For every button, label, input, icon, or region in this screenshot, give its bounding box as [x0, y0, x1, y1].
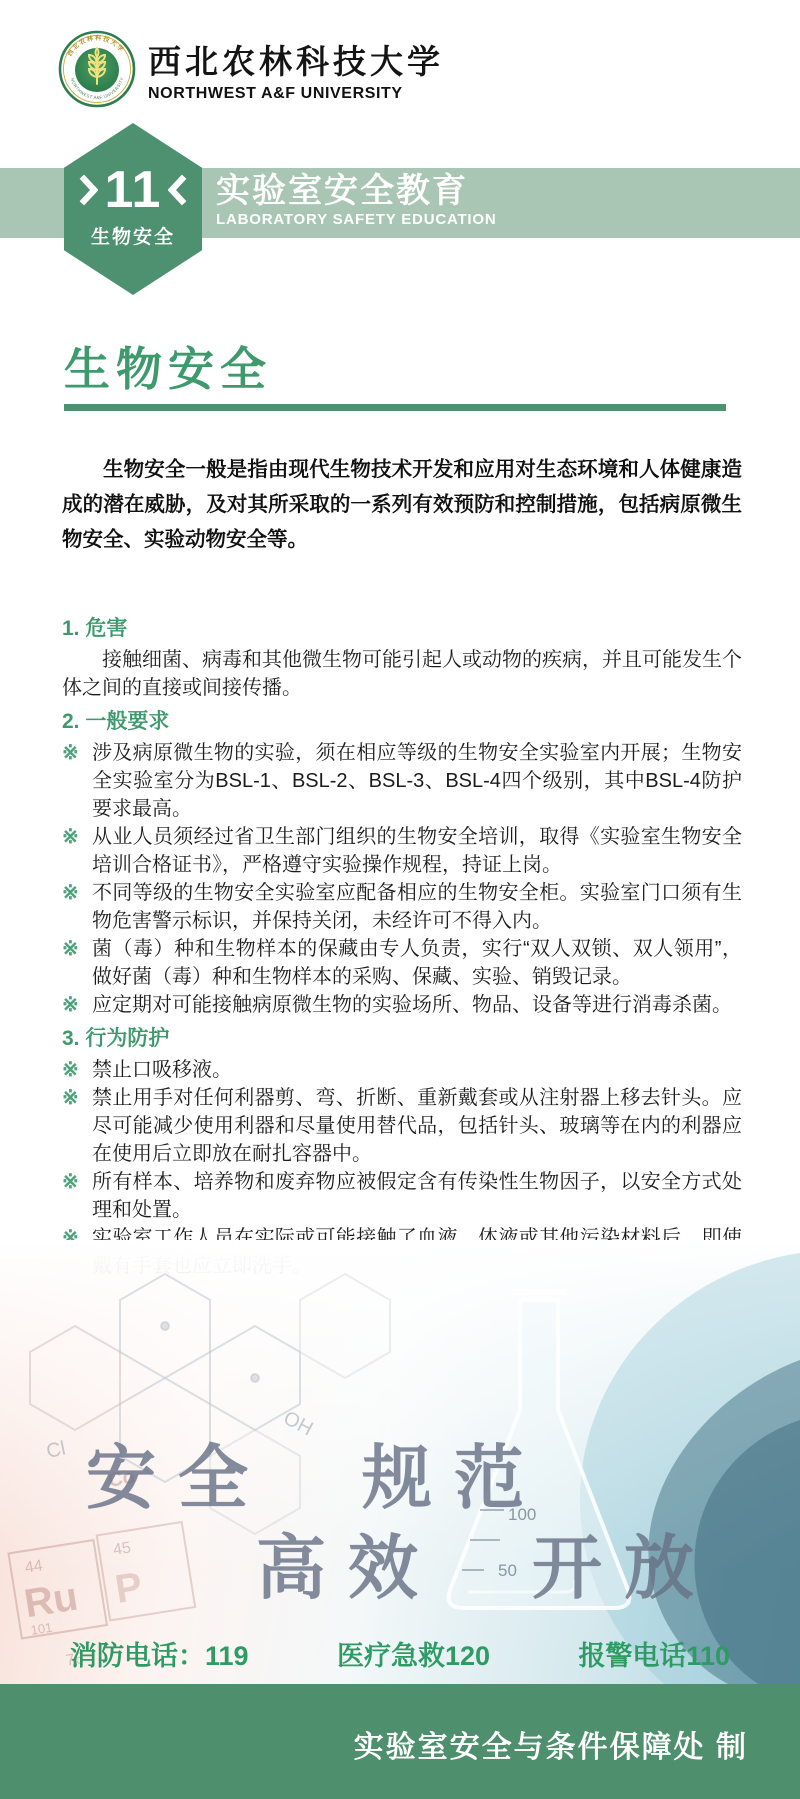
bullet-marker-icon: ※: [62, 823, 92, 879]
svg-text:P: P: [112, 1564, 145, 1612]
sections-container: 1. 危害接触细菌、病毒和其他微生物可能引起人或动物的疾病，并且可能发生个体之间…: [62, 615, 742, 1280]
content-area: 生物安全一般是指由现代生物技术开发和应用对生态环境和人体健康造成的潜在威胁，及对…: [62, 452, 742, 1280]
bullet-text: 所有样本、培养物和废弃物应被假定含有传染性生物因子，以安全方式处理和处置。: [92, 1168, 742, 1224]
bullet-marker-icon: ※: [62, 935, 92, 991]
svg-text:101: 101: [30, 1620, 54, 1638]
bullet-text: 不同等级的生物安全实验室应配备相应的生物安全柜。实验室门口须有生物危害警示标识，…: [92, 879, 742, 935]
bullet-marker-icon: ※: [62, 1168, 92, 1224]
bullet-text: 菌（毒）种和生物样本的保藏由专人负责，实行“双人双锁、双人领用”，做好菌（毒）种…: [92, 935, 742, 991]
section-heading: 2. 一般要求: [62, 708, 742, 736]
watermark-efficient-open: 高效 开放: [256, 1512, 716, 1613]
footer-bar: 实验室安全与条件保障处 制: [0, 1684, 800, 1799]
section-heading: 1. 危害: [62, 615, 742, 643]
svg-text:44: 44: [24, 1557, 44, 1577]
police-phone: 报警电话110: [578, 1634, 730, 1673]
chapter-label: 生物安全: [91, 222, 175, 249]
chapter-number: 11: [105, 164, 162, 216]
bullet-text: 涉及病原微生物的实验，须在相应等级的生物安全实验室内开展；生物安全实验室分为BS…: [92, 739, 742, 823]
bullet-item: ※应定期对可能接触病原微生物的实验场所、物品、设备等进行消毒杀菌。: [62, 991, 742, 1019]
banner-title-cn: 实验室安全教育: [216, 173, 497, 209]
bullet-item: ※禁止用手对任何利器剪、弯、折断、重新戴套或从注射器上移去针头。应尽可能减少使用…: [62, 1084, 742, 1168]
bullet-text: 禁止用手对任何利器剪、弯、折断、重新戴套或从注射器上移去针头。应尽可能减少使用利…: [92, 1084, 742, 1168]
emergency-phones: 消防电话：119 医疗急救120 报警电话110: [70, 1634, 730, 1673]
university-seal-icon: 西北农林科技大学 NORTHWEST A&F UNIVERSITY: [58, 30, 136, 108]
svg-text:Ru: Ru: [21, 1575, 81, 1627]
banner-title-en: LABORATORY SAFETY EDUCATION: [216, 211, 497, 229]
chevron-right-icon: [79, 172, 98, 208]
intro-paragraph: 生物安全一般是指由现代生物技术开发和应用对生态环境和人体健康造成的潜在威胁，及对…: [62, 452, 742, 557]
bullet-item: ※涉及病原微生物的实验，须在相应等级的生物安全实验室内开展；生物安全实验室分为B…: [62, 739, 742, 823]
svg-text:Cl: Cl: [44, 1437, 67, 1462]
section-paragraph: 接触细菌、病毒和其他微生物可能引起人或动物的疾病，并且可能发生个体之间的直接或间…: [62, 646, 742, 702]
university-name-en: NORTHWEST A&F UNIVERSITY: [148, 85, 444, 103]
bullet-text: 从业人员须经过省卫生部门组织的生物安全培训，取得《实验室生物安全培训合格证书》，…: [92, 823, 742, 879]
bullet-text: 禁止口吸移液。: [92, 1056, 742, 1084]
university-name-cn: 西北农林科技大学: [148, 36, 444, 83]
chevron-left-icon: [168, 172, 187, 208]
title-underline: [64, 404, 726, 411]
bullet-item: ※禁止口吸移液。: [62, 1056, 742, 1084]
university-logo: 西北农林科技大学 NORTHWEST A&F UNIVERSITY 西北农林科技…: [58, 30, 444, 108]
chapter-badge: 11 生物安全: [64, 123, 202, 295]
bullet-item: ※不同等级的生物安全实验室应配备相应的生物安全柜。实验室门口须有生物危害警示标识…: [62, 879, 742, 935]
watermark-safety-standard: 安全 规范: [86, 1422, 546, 1523]
bullet-marker-icon: ※: [62, 879, 92, 935]
bullet-item: ※所有样本、培养物和废弃物应被假定含有传染性生物因子，以安全方式处理和处置。: [62, 1168, 742, 1224]
bullet-item: ※菌（毒）种和生物样本的保藏由专人负责，实行“双人双锁、双人领用”，做好菌（毒）…: [62, 935, 742, 991]
page-title: 生物安全: [64, 344, 272, 394]
bullet-marker-icon: ※: [62, 739, 92, 823]
bullet-item: ※从业人员须经过省卫生部门组织的生物安全培训，取得《实验室生物安全培训合格证书》…: [62, 823, 742, 879]
footer-credit: 实验室安全与条件保障处 制: [354, 1722, 748, 1766]
bullet-marker-icon: ※: [62, 1084, 92, 1168]
svg-text:45: 45: [112, 1539, 132, 1559]
medical-phone: 医疗急救120: [337, 1634, 490, 1673]
bullet-text: 应定期对可能接触病原微生物的实验场所、物品、设备等进行消毒杀菌。: [92, 991, 742, 1019]
fire-phone: 消防电话：119: [70, 1634, 249, 1673]
bullet-marker-icon: ※: [62, 991, 92, 1019]
poster-page: 西北农林科技大学 NORTHWEST A&F UNIVERSITY 西北农林科技…: [0, 0, 800, 1799]
section-heading: 3. 行为防护: [62, 1025, 742, 1053]
bullet-marker-icon: ※: [62, 1056, 92, 1084]
